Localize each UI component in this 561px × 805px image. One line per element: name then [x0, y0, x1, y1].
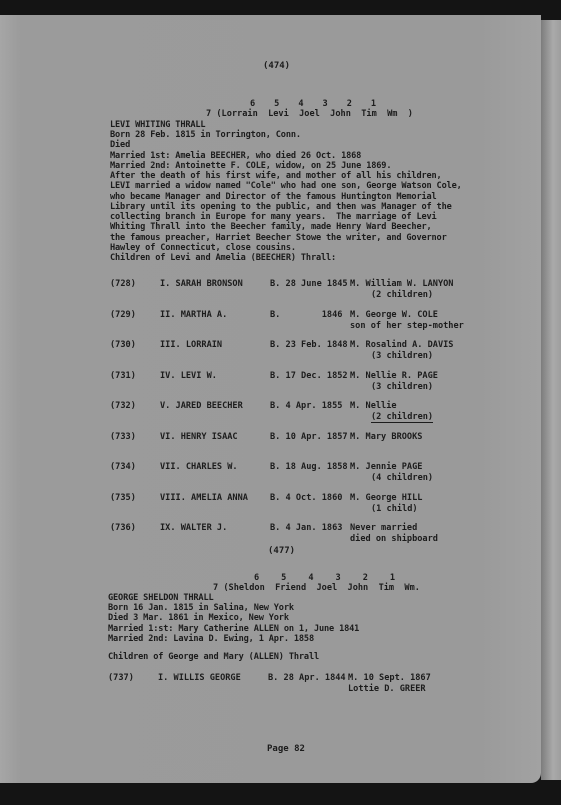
child-number: (737) [108, 673, 134, 683]
child-entry: (728)I. SARAH BRONSONB. 28 June 1845M. W… [110, 279, 530, 309]
child-name: IX. WALTER J. [160, 523, 227, 533]
child-birth: B. 23 Feb. 1848 [270, 340, 348, 350]
child-entry: (730)III. LORRAINB. 23 Feb. 1848M. Rosal… [110, 340, 530, 370]
child-spouse: M. Nellie R. PAGE [350, 371, 438, 381]
child-note: (4 children) [371, 473, 433, 483]
child-entry: (735)VIII. AMELIA ANNAB. 4 Oct. 1860M. G… [110, 493, 530, 523]
child-entry: (733)VI. HENRY ISAACB. 10 Apr. 1857M. Ma… [110, 432, 530, 462]
child-entry: (737)I. WILLIS GEORGEB. 28 Apr. 1844M. 1… [108, 673, 528, 703]
child-spouse: Never married [350, 523, 417, 533]
generation-numbers: 654321 [254, 573, 417, 583]
child-name: I. SARAH BRONSON [160, 279, 243, 289]
child-name: II. MARTHA A. [160, 310, 227, 320]
section-number: (477) [268, 546, 295, 556]
child-number: (728) [110, 279, 136, 289]
child-number: (734) [110, 462, 136, 472]
child-note: (2 children) [371, 412, 433, 423]
child-spouse: M. George HILL [350, 493, 422, 503]
child-number: (729) [110, 310, 136, 320]
child-spouse: M. George W. COLE [350, 310, 438, 320]
person-facts: Born 16 Jan. 1815 in Salina, New York Di… [108, 603, 359, 644]
child-birth: B. 28 Apr. 1844 [268, 673, 346, 683]
child-birth: B. 10 Apr. 1857 [270, 432, 348, 442]
child-spouse: M. 10 Sept. 1867 [348, 673, 431, 683]
child-number: (730) [110, 340, 136, 350]
children-heading: Children of Levi and Amelia (BEECHER) Th… [110, 253, 336, 263]
children-heading: Children of George and Mary (ALLEN) Thra… [108, 652, 319, 662]
child-note: Lottie D. GREER [348, 684, 426, 694]
child-note: (1 child) [371, 504, 418, 514]
child-number: (731) [110, 371, 136, 381]
child-birth: B. 18 Aug. 1858 [270, 462, 348, 472]
child-spouse: M. William W. LANYON [350, 279, 453, 289]
lineage-line: 7 (Lorrain Levi Joel John Tim Wm ) [206, 109, 413, 119]
child-name: I. WILLIS GEORGE [158, 673, 241, 683]
page-label: Page 82 [267, 744, 305, 754]
child-note: (3 children) [371, 382, 433, 392]
child-spouse: M. Rosalind A. DAVIS [350, 340, 453, 350]
person-facts: Born 28 Feb. 1815 in Torrington, Conn. D… [110, 130, 462, 253]
lineage-line: 7 (Sheldon Friend Joel John Tim Wm. [213, 583, 420, 593]
child-entry: (729)II. MARTHA A.B. 1846M. George W. CO… [110, 310, 530, 340]
child-name: VIII. AMELIA ANNA [160, 493, 248, 503]
child-number: (732) [110, 401, 136, 411]
child-note: (3 children) [371, 351, 433, 361]
child-note: died on shipboard [350, 534, 438, 544]
child-note: son of her step-mother [350, 321, 464, 331]
child-number: (736) [110, 523, 136, 533]
adjacent-page-edge [541, 20, 561, 780]
child-name: VI. HENRY ISAAC [160, 432, 238, 442]
child-birth: B. 4 Jan. 1863 [270, 523, 342, 533]
child-name: VII. CHARLES W. [160, 462, 238, 472]
child-entry: (731)IV. LEVI W.B. 17 Dec. 1852M. Nellie… [110, 371, 530, 401]
generation-numbers: 654321 [250, 99, 395, 109]
child-note: (2 children) [371, 290, 433, 300]
child-spouse: M. Nellie [350, 401, 397, 411]
child-name: V. JARED BEECHER [160, 401, 243, 411]
child-birth: B. 4 Oct. 1860 [270, 493, 342, 503]
child-entry: (734)VII. CHARLES W.B. 18 Aug. 1858M. Je… [110, 462, 530, 492]
child-name: IV. LEVI W. [160, 371, 217, 381]
child-birth: B. 17 Dec. 1852 [270, 371, 348, 381]
child-name: III. LORRAIN [160, 340, 222, 350]
person-name: LEVI WHITING THRALL [110, 120, 205, 130]
child-birth: B. 4 Apr. 1855 [270, 401, 342, 411]
child-entry: (732)V. JARED BEECHERB. 4 Apr. 1855M. Ne… [110, 401, 530, 431]
child-birth: B. 1846 [270, 310, 342, 320]
person-name: GEORGE SHELDON THRALL [108, 593, 214, 603]
child-number: (733) [110, 432, 136, 442]
child-spouse: M. Mary BROOKS [350, 432, 422, 442]
section-number: (474) [263, 61, 290, 71]
child-birth: B. 28 June 1845 [270, 279, 348, 289]
child-number: (735) [110, 493, 136, 503]
child-entry: (736)IX. WALTER J.B. 4 Jan. 1863Never ma… [110, 523, 530, 553]
child-spouse: M. Jennie PAGE [350, 462, 422, 472]
